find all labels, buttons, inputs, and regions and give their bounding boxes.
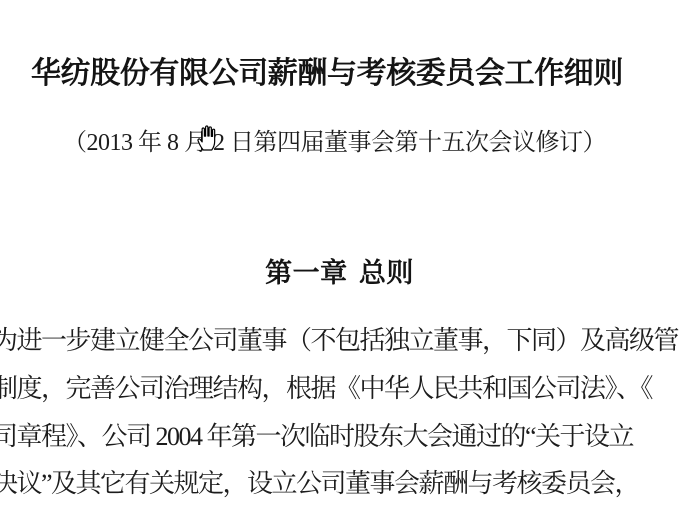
paragraph-line-3: 司章程》、公司 2004 年第一次临时股东大会通过的“关于设立 xyxy=(0,416,633,453)
chapter-heading: 第一章 总则 xyxy=(0,251,679,290)
document-subtitle: （2013 年 8 月 2 日第四届董事会第十五次会议修订） xyxy=(63,122,606,157)
paragraph-line-2: 制度，完善公司治理结构，根据《中华人民共和国公司法》、《 xyxy=(0,368,652,405)
paragraph-line-1: 为进一步建立健全公司董事（不包括独立董事，下同）及高级管 xyxy=(0,320,678,357)
document-page: 华纺股份有限公司薪酬与考核委员会工作细则 （2013 年 8 月 2 日第四届董… xyxy=(0,0,679,529)
paragraph-line-4: 决议”及其它有关规定，设立公司董事会薪酬与考核委员会， xyxy=(0,463,639,500)
document-title: 华纺股份有限公司薪酬与考核委员会工作细则 xyxy=(31,48,623,92)
